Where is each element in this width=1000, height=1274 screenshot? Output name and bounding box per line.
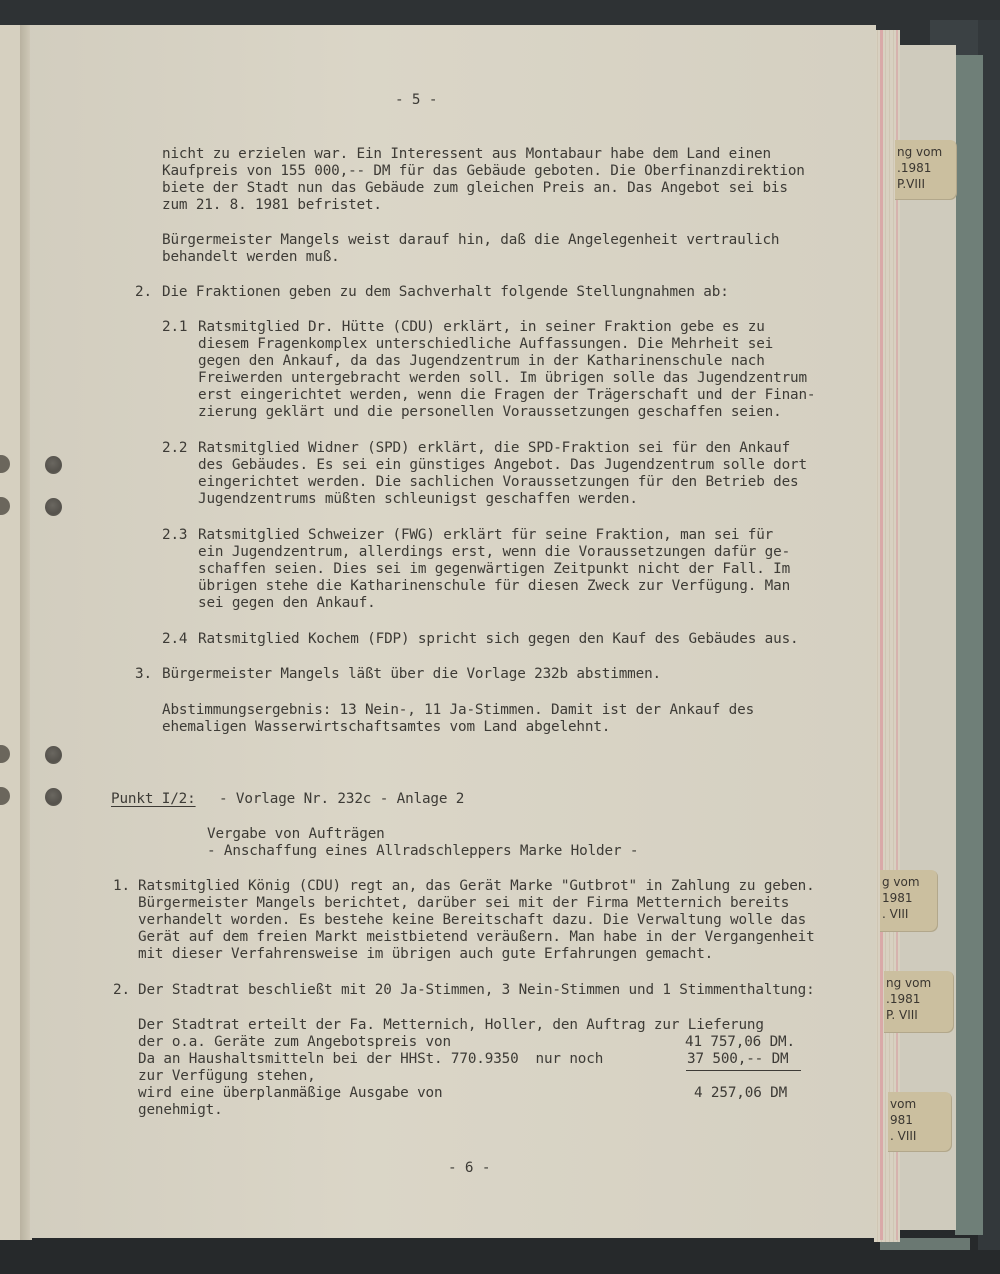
punch-hole-icon bbox=[45, 788, 62, 806]
tab-text: P. VIII bbox=[886, 1007, 954, 1023]
text-line: verhandelt worden. Es bestehe keine Bere… bbox=[138, 912, 806, 929]
text-line: biete der Stadt nun das Gebäude zum glei… bbox=[162, 180, 788, 197]
text-line: ein Jugendzentrum, allerdings erst, wenn… bbox=[198, 544, 790, 561]
text-line: des Gebäudes. Es sei ein günstiges Angeb… bbox=[198, 457, 807, 474]
document-page: - 5 - nicht zu erzielen war. Ein Interes… bbox=[30, 25, 876, 1238]
amount-budget: 37 500,-- DM bbox=[687, 1051, 789, 1068]
text-line: Bürgermeister Mangels weist darauf hin, … bbox=[162, 232, 779, 249]
text-line: schaffen seien. Dies sei im gegenwärtige… bbox=[198, 561, 790, 578]
tab-text: ng vom bbox=[897, 144, 957, 160]
punch-hole-icon bbox=[45, 746, 62, 764]
text-line: mit dieser Verfahrensweise im übrigen au… bbox=[138, 946, 713, 963]
statement-number: 2.4 bbox=[162, 631, 187, 648]
agenda-subject-line: - Anschaffung eines Allradschleppers Mar… bbox=[207, 843, 638, 860]
pink-sheet-edge bbox=[880, 30, 883, 1240]
agenda-item-label: Punkt I/2: bbox=[111, 791, 196, 808]
amount-offer-price: 41 757,06 DM. bbox=[685, 1034, 795, 1051]
index-tab[interactable]: ng vom .1981 P. VIII bbox=[884, 971, 954, 1033]
text-line: übrigen stehe die Katharinenschule für d… bbox=[198, 578, 790, 595]
punch-hole-icon bbox=[45, 498, 62, 516]
text-line: Freiwerden untergebracht werden soll. Im… bbox=[198, 370, 807, 387]
tab-text: 1981 bbox=[882, 890, 938, 906]
tab-text: 981 bbox=[890, 1112, 952, 1128]
agenda-item-heading: - Vorlage Nr. 232c - Anlage 2 bbox=[219, 791, 464, 808]
agenda-subject-line: Vergabe von Aufträgen bbox=[207, 826, 385, 843]
text-line: Kaufpreis von 155 000,-- DM für das Gebä… bbox=[162, 163, 805, 180]
text-line: der o.a. Geräte zum Angebotspreis von bbox=[138, 1034, 451, 1051]
pink-sheet-edge bbox=[896, 30, 898, 1240]
statement-number: 2.3 bbox=[162, 527, 187, 544]
text-line: nicht zu erzielen war. Ein Interessent a… bbox=[162, 146, 771, 163]
punch-hole-icon bbox=[45, 456, 62, 474]
tab-text: . VIII bbox=[882, 906, 938, 922]
tab-text: P.VIII bbox=[897, 176, 957, 192]
page-number-top: - 5 - bbox=[395, 92, 437, 109]
tab-text: .1981 bbox=[897, 160, 957, 176]
tab-text: ng vom bbox=[886, 975, 954, 991]
text-line: Ratsmitglied Schweizer (FWG) erklärt für… bbox=[198, 527, 773, 544]
item-number: 2. bbox=[135, 284, 152, 301]
statement-number: 2.1 bbox=[162, 319, 187, 336]
text-line: zum 21. 8. 1981 befristet. bbox=[162, 197, 382, 214]
text-line: Ratsmitglied Kochem (FDP) spricht sich g… bbox=[198, 631, 798, 648]
text-line: Bürgermeister Mangels berichtet, darüber… bbox=[138, 895, 789, 912]
text-line: Bürgermeister Mangels läßt über die Vorl… bbox=[162, 666, 661, 683]
item-number: 3. bbox=[135, 666, 152, 683]
text-line: Ratsmitglied Dr. Hütte (CDU) erklärt, in… bbox=[198, 319, 765, 336]
text-line: sei gegen den Ankauf. bbox=[198, 595, 376, 612]
tab-text: g vom bbox=[882, 874, 938, 890]
sum-underline bbox=[686, 1070, 801, 1071]
index-tab[interactable]: ng vom .1981 P.VIII bbox=[895, 140, 957, 200]
text-line: Der Stadtrat erteilt der Fa. Metternich,… bbox=[138, 1017, 764, 1034]
text-line: wird eine überplanmäßige Ausgabe von bbox=[138, 1085, 442, 1102]
binder-cover-green bbox=[955, 55, 983, 1235]
text-line: behandelt werden muß. bbox=[162, 249, 340, 266]
text-line: zur Verfügung stehen, bbox=[138, 1068, 316, 1085]
text-line: Ratsmitglied König (CDU) regt an, das Ge… bbox=[138, 878, 815, 895]
index-tab[interactable]: vom 981 . VIII bbox=[888, 1092, 952, 1152]
text-line: Gerät auf dem freien Markt meistbietend … bbox=[138, 929, 815, 946]
text-line: diesem Fragenkomplex unterschiedliche Au… bbox=[198, 336, 773, 353]
tab-text: . VIII bbox=[890, 1128, 952, 1144]
text-line: Jugendzentrums müßten schleunigst gescha… bbox=[198, 491, 638, 508]
divider-sheet bbox=[900, 45, 956, 1230]
item-number: 2. bbox=[113, 982, 130, 999]
text-line: Der Stadtrat beschließt mit 20 Ja-Stimme… bbox=[138, 982, 815, 999]
amount-unplanned-expense: 4 257,06 DM bbox=[694, 1085, 787, 1102]
text-line: erst eingerichtet werden, wenn die Frage… bbox=[198, 387, 815, 404]
text-line: zierung geklärt und die personellen Vora… bbox=[198, 404, 782, 421]
text-line: Da an Haushaltsmitteln bei der HHSt. 770… bbox=[138, 1051, 603, 1068]
index-tab[interactable]: g vom 1981 . VIII bbox=[880, 870, 938, 932]
page-number-bottom: - 6 - bbox=[448, 1160, 490, 1177]
tab-text: vom bbox=[890, 1096, 952, 1112]
text-line: Ratsmitglied Widner (SPD) erklärt, die S… bbox=[198, 440, 790, 457]
item-number: 1. bbox=[113, 878, 130, 895]
vote-result-line: ehemaligen Wasserwirtschaftsamtes vom La… bbox=[162, 719, 610, 736]
text-line: eingerichtet werden. Die sachlichen Vora… bbox=[198, 474, 798, 491]
vote-result-line: Abstimmungsergebnis: 13 Nein-, 11 Ja-Sti… bbox=[162, 702, 754, 719]
text-line: gegen den Ankauf, da das Jugendzentrum i… bbox=[198, 353, 765, 370]
statement-number: 2.2 bbox=[162, 440, 187, 457]
text-line: Die Fraktionen geben zu dem Sachverhalt … bbox=[162, 284, 729, 301]
tab-text: .1981 bbox=[886, 991, 954, 1007]
text-line: genehmigt. bbox=[138, 1102, 223, 1119]
